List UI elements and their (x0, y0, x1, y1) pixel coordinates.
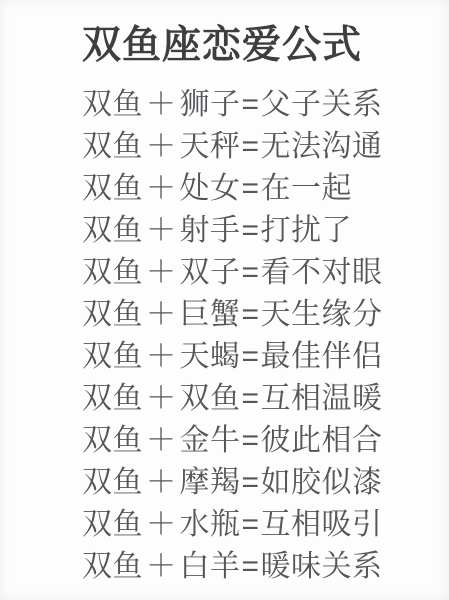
equals-sign: = (242, 550, 260, 583)
zodiac-sign-pisces: 双鱼 (82, 508, 143, 541)
plus-sign: ＋ (146, 214, 177, 247)
equals-sign: = (242, 298, 260, 331)
zodiac-sign-pisces: 双鱼 (82, 466, 143, 499)
formula-result: 暖味关系 (261, 550, 383, 583)
formula-result: 最佳伴侣 (261, 340, 383, 373)
zodiac-sign-pisces: 双鱼 (82, 340, 143, 373)
plus-sign: ＋ (146, 424, 177, 457)
zodiac-formula-card: 双鱼座恋爱公式 双鱼＋狮子=父子关系 双鱼＋天秤=无法沟通 双鱼＋处女=在一起 … (0, 0, 449, 600)
equals-sign: = (242, 508, 260, 541)
formula-row: 双鱼＋双鱼=互相温暖 (82, 378, 429, 420)
plus-sign: ＋ (146, 88, 177, 121)
formula-row: 双鱼＋双子=看不对眼 (82, 252, 429, 294)
zodiac-sign-partner: 白羊 (180, 550, 241, 583)
formula-result: 看不对眼 (261, 256, 383, 289)
plus-sign: ＋ (146, 130, 177, 163)
zodiac-sign-partner: 水瓶 (180, 508, 241, 541)
zodiac-sign-pisces: 双鱼 (82, 424, 143, 457)
formula-row: 双鱼＋白羊=暖味关系 (82, 546, 429, 588)
zodiac-sign-partner: 天秤 (180, 130, 241, 163)
plus-sign: ＋ (146, 466, 177, 499)
zodiac-sign-partner: 双子 (180, 256, 241, 289)
plus-sign: ＋ (146, 550, 177, 583)
formula-row: 双鱼＋摩羯=如胶似漆 (82, 462, 429, 504)
formula-row: 双鱼＋金牛=彼此相合 (82, 420, 429, 462)
equals-sign: = (242, 466, 260, 499)
formula-result: 互相温暖 (261, 382, 383, 415)
formula-row: 双鱼＋巨蟹=天生缘分 (82, 294, 429, 336)
plus-sign: ＋ (146, 256, 177, 289)
equals-sign: = (242, 382, 260, 415)
formula-result: 天生缘分 (261, 298, 383, 331)
zodiac-sign-partner: 狮子 (180, 88, 241, 121)
zodiac-sign-partner: 金牛 (180, 424, 241, 457)
zodiac-sign-partner: 天蝎 (180, 340, 241, 373)
zodiac-sign-partner: 处女 (180, 172, 241, 205)
equals-sign: = (242, 88, 260, 121)
formula-result: 如胶似漆 (261, 466, 383, 499)
zodiac-sign-pisces: 双鱼 (82, 172, 143, 205)
formula-result: 彼此相合 (261, 424, 383, 457)
plus-sign: ＋ (146, 382, 177, 415)
formula-result: 打扰了 (261, 214, 353, 247)
zodiac-sign-pisces: 双鱼 (82, 256, 143, 289)
plus-sign: ＋ (146, 298, 177, 331)
plus-sign: ＋ (146, 340, 177, 373)
formula-result: 在一起 (261, 172, 353, 205)
formula-row: 双鱼＋处女=在一起 (82, 168, 429, 210)
plus-sign: ＋ (146, 508, 177, 541)
formula-row: 双鱼＋狮子=父子关系 (82, 84, 429, 126)
formula-result: 无法沟通 (261, 130, 383, 163)
zodiac-sign-pisces: 双鱼 (82, 88, 143, 121)
formula-result: 父子关系 (261, 88, 383, 121)
equals-sign: = (242, 214, 260, 247)
equals-sign: = (242, 424, 260, 457)
equals-sign: = (242, 130, 260, 163)
equals-sign: = (242, 256, 260, 289)
formula-row: 双鱼＋射手=打扰了 (82, 210, 429, 252)
formula-row: 双鱼＋天秤=无法沟通 (82, 126, 429, 168)
formula-row: 双鱼＋天蝎=最佳伴侣 (82, 336, 429, 378)
equals-sign: = (242, 172, 260, 205)
formula-result: 互相吸引 (261, 508, 383, 541)
formula-row: 双鱼＋水瓶=互相吸引 (82, 504, 429, 546)
zodiac-sign-partner: 双鱼 (180, 382, 241, 415)
zodiac-sign-partner: 巨蟹 (180, 298, 241, 331)
zodiac-sign-pisces: 双鱼 (82, 550, 143, 583)
plus-sign: ＋ (146, 172, 177, 205)
zodiac-sign-pisces: 双鱼 (82, 130, 143, 163)
zodiac-sign-pisces: 双鱼 (82, 298, 143, 331)
equals-sign: = (242, 340, 260, 373)
zodiac-sign-pisces: 双鱼 (82, 382, 143, 415)
zodiac-sign-partner: 摩羯 (180, 466, 241, 499)
page-title: 双鱼座恋爱公式 (82, 22, 429, 70)
zodiac-sign-pisces: 双鱼 (82, 214, 143, 247)
zodiac-sign-partner: 射手 (180, 214, 241, 247)
